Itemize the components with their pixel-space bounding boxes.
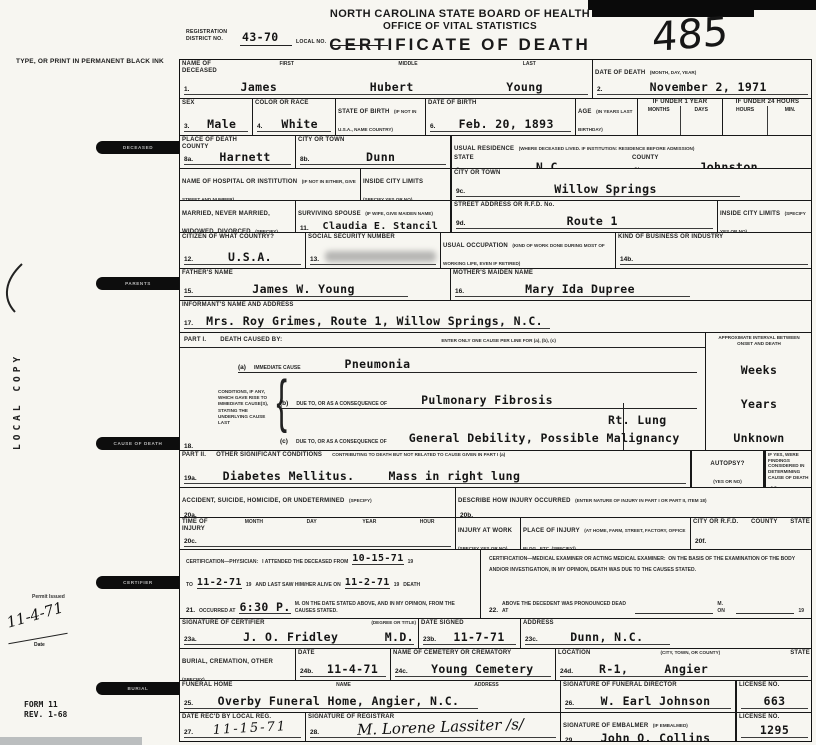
cause-c-value: General Debility, Possible Malignancy (409, 433, 680, 445)
cert-yr2: 19 (246, 582, 252, 589)
col-min: MIN. (767, 106, 812, 135)
field-certification-physician: CERTIFICATION—PHYSICIAN: I ATTENDED THE … (180, 550, 480, 618)
field-date-of-death: DATE OF DEATH (MONTH, DAY, YEAR) 2.Novem… (592, 60, 812, 98)
label-immediate-cause: IMMEDIATE CAUSE (254, 365, 301, 371)
certifier-degree-value: M.D. (385, 632, 414, 644)
col-county: COUNTY (751, 519, 778, 526)
field-date-signed: DATE SIGNED 23b.11-7-71 (418, 619, 520, 648)
label-cemetery: NAME OF CEMETERY OR CREMATORY (393, 650, 553, 657)
burial-date-value: 11-4-71 (319, 664, 386, 676)
attended-from-value: 10-15-71 (352, 554, 403, 565)
stray-pen-mark (0, 262, 26, 314)
col-year: YEAR (344, 519, 396, 533)
field-if-under-1-year: IF UNDER 1 YEAR MONTHS DAYS (637, 99, 722, 135)
field-hospital: NAME OF HOSPITAL OR INSTITUTION (IF NOT … (180, 169, 360, 200)
row-certification: CERTIFICATION—PHYSICIAN: I ATTENDED THE … (180, 549, 812, 618)
cause-line-c: (c) DUE TO, OR AS A CONSEQUENCE OF Gener… (280, 433, 697, 446)
file-number-handwritten: 485 (652, 9, 729, 62)
row-marital: MARRIED, NEVER MARRIED, WIDOWED, DIVORCE… (180, 200, 812, 232)
row-injury-manner: ACCIDENT, SUICIDE, HOMICIDE, OR UNDETERM… (180, 487, 812, 517)
item-number-26: 26. (565, 700, 574, 707)
cause-annotation-rt-lung: Rt. Lung (608, 415, 667, 427)
registration-district-value: 43-70 (242, 32, 279, 44)
field-embalmer-signature: SIGNATURE OF EMBALMER (IF EMBALMED) 29.J… (560, 713, 735, 741)
item-number-9d: 9d. (456, 220, 465, 227)
part2-value-b: Mass in right lung (388, 471, 520, 483)
margin-type-note: TYPE, OR PRINT IN PERMANENT BLACK INK (16, 58, 164, 66)
sublabel-degree-title: (DEGREE OR TITLE) (371, 620, 416, 627)
col-day: DAY (286, 519, 338, 533)
header-office: OFFICE OF VITAL STATISTICS (295, 21, 625, 32)
cause-of-death-block: PART I. DEATH CAUSED BY: ENTER ONLY ONE … (180, 332, 812, 450)
death-time-value: 6:30 P. (239, 602, 290, 615)
item-number-12: 12. (184, 256, 193, 263)
field-occupation: USUAL OCCUPATION (KIND OF WORK DONE DURI… (440, 233, 615, 268)
field-marital-status: MARRIED, NEVER MARRIED, WIDOWED, DIVORCE… (180, 201, 295, 232)
margin-tab-cause: CAUSE OF DEATH (96, 437, 180, 450)
cause-line-a: (a) IMMEDIATE CAUSE Pneumonia (238, 359, 697, 373)
label-due-to-c: DUE TO, OR AS A CONSEQUENCE OF (296, 439, 387, 445)
attended-to-value: 11-2-71 (197, 578, 242, 589)
cert-yr1: 19 (408, 559, 414, 566)
label-hospital: NAME OF HOSPITAL OR INSTITUTION (182, 179, 297, 185)
item-number-23c: 23c. (525, 636, 538, 643)
funeral-director-value: W. Earl Johnson (580, 696, 731, 708)
sublabel-manner: (SPECIFY) (349, 498, 372, 503)
field-embalmer-license: LICENSE NO. 1295 (735, 713, 812, 741)
field-other-significant-conditions: PART II. OTHER SIGNIFICANT CONDITIONS CO… (180, 451, 690, 487)
field-if-under-24-hours: IF UNDER 24 HOURS HOURS MIN. (722, 99, 812, 135)
field-mother-name: MOTHER'S MAIDEN NAME 16.Mary Ida Dupree (450, 269, 812, 300)
field-cemetery-location: LOCATION (CITY, TOWN, OR COUNTY) STATE 2… (555, 649, 812, 680)
field-industry: KIND OF BUSINESS OR INDUSTRY 14b. (615, 233, 812, 268)
col-state: STATE (790, 519, 810, 526)
pod-city-value: Dunn (315, 152, 446, 164)
col-hours: HOURS (723, 106, 767, 135)
label-occupation: USUAL OCCUPATION (443, 243, 508, 249)
funeral-home-value: Overby Funeral Home, Angier, N.C. (199, 696, 478, 708)
sublabel-spouse: (IF WIFE, GIVE MAIDEN NAME) (365, 211, 433, 216)
pronounced-date-blank (736, 605, 795, 614)
field-sex: SEX 3.Male (180, 99, 252, 135)
label-informant: INFORMANT'S NAME AND ADDRESS (182, 302, 810, 309)
date-received-value: 11-15-71 (199, 718, 302, 738)
label-embalmer: SIGNATURE OF EMBALMER (563, 723, 648, 729)
field-injury-at-work: INJURY AT WORK (SPECIFY YES OR NO) 20d. (455, 518, 520, 549)
row-certifier-signature: SIGNATURE OF CERTIFIER(DEGREE OR TITLE) … (180, 618, 812, 648)
cause-c-letter: (c) (280, 438, 288, 445)
field-inside-city-limits-res: INSIDE CITY LIMITS (SPECIFY YES OR NO) 9… (717, 201, 812, 232)
colhead-fh-address: ADDRESS (415, 682, 558, 689)
cause-b-value: Pulmonary Fibrosis (421, 395, 553, 407)
label-time-of-injury: TIME OF INJURY (182, 519, 222, 533)
item-number-24c: 24c. (395, 668, 408, 675)
label-date-of-birth: DATE OF BIRTH (428, 100, 573, 107)
label-ssn: SOCIAL SECURITY NUMBER (308, 234, 438, 241)
item-number-1: 1. (184, 86, 189, 93)
row-registrar: DATE REC'D BY LOCAL REG. 27.11-15-71 SIG… (180, 712, 812, 742)
field-fd-license: LICENSE NO. 663 (735, 681, 812, 712)
col-days: DAYS (680, 106, 723, 135)
item-number-24d: 24d. (560, 668, 573, 675)
cert-phys-t6: M. ON THE DATE STATED ABOVE, AND IN MY O… (295, 601, 474, 614)
registration-underline (240, 45, 292, 46)
margin-date-label: Date (34, 642, 45, 648)
row-injury-details: TIME OF INJURY MONTH DAY YEAR HOUR 20c. … (180, 517, 812, 549)
colhead-first: FIRST (226, 61, 347, 75)
field-certification-medical-examiner: CERTIFICATION—MEDICAL EXAMINER OR ACTING… (480, 550, 812, 618)
field-name-of-deceased: NAME OF DECEASED FIRST MIDDLE LAST 1. Ja… (180, 60, 592, 98)
name-first-value: James (195, 82, 322, 94)
cert-me-t3: M. ON (717, 601, 731, 614)
label-under-24-hours: IF UNDER 24 HOURS (723, 99, 812, 106)
field-age: AGE (IN YEARS LAST BIRTHDAY) 7.78 (575, 99, 637, 135)
item-number-20c: 20c. (184, 538, 197, 545)
cause-a-value: Pneumonia (345, 359, 411, 371)
header-place-of-death: PLACE OF DEATH (182, 137, 293, 144)
field-certifier-address: ADDRESS 23c.Dunn, N.C. (520, 619, 812, 648)
label-sex: SEX (182, 100, 250, 107)
note-other-conditions: CONTRIBUTING TO DEATH BUT NOT RELATED TO… (332, 452, 505, 457)
sublabel-date-of-death: (MONTH, DAY, YEAR) (650, 70, 696, 75)
label-street-address: STREET ADDRESS OR R.F.D. No. (454, 202, 715, 209)
date-of-death-value: November 2, 1971 (608, 82, 808, 94)
pod-county-value: Harnett (199, 152, 291, 164)
field-citizen: CITIZEN OF WHAT COUNTRY? 12.U.S.A. (180, 233, 305, 268)
row-place-of-death: PLACE OF DEATH COUNTY 8a.Harnett CITY OR… (180, 135, 812, 168)
label-inside-city-death: INSIDE CITY LIMITS (363, 179, 423, 185)
interval-a-value: Weeks (706, 365, 812, 377)
interval-c-value: Unknown (706, 433, 812, 445)
field-usual-residence: USUAL RESIDENCE (WHERE DECEASED LIVED. I… (450, 136, 812, 168)
label-funeral-director: SIGNATURE OF FUNERAL DIRECTOR (563, 682, 733, 689)
label-injury-at-work: INJURY AT WORK (458, 528, 512, 534)
field-certifier-signature: SIGNATURE OF CERTIFIER(DEGREE OR TITLE) … (180, 619, 418, 648)
spouse-value: Claudia E. Stancil (315, 222, 446, 232)
location-value-b: Angier (664, 664, 708, 676)
local-no-underline (330, 45, 388, 46)
form-number: FORM 11 REV. 1-68 (24, 700, 67, 721)
label-state-of-birth: STATE OF BIRTH (338, 109, 390, 115)
item-number-4: 4. (257, 123, 262, 130)
item-number-23a: 23a. (184, 636, 197, 643)
certifier-address-value: Dunn, N.C. (544, 632, 670, 644)
embalmer-value: John O. Collins (580, 733, 731, 742)
label-part2: PART II. (182, 452, 206, 459)
field-ssn: SOCIAL SECURITY NUMBER 13. (305, 233, 440, 268)
row-informant: INFORMANT'S NAME AND ADDRESS 17.Mrs. Roy… (180, 300, 812, 332)
field-registrar-signature: SIGNATURE OF REGISTRAR 28.M. Lorene Lass… (305, 713, 560, 741)
label-cert-physician: CERTIFICATION—PHYSICIAN: (186, 559, 258, 566)
item-number-8b: 8b. (300, 156, 309, 163)
header-board: NORTH CAROLINA STATE BOARD OF HEALTH (295, 8, 625, 20)
label-how-injury: DESCRIBE HOW INJURY OCCURRED (458, 498, 571, 504)
item-number-3: 3. (184, 123, 189, 130)
label-under-1-year: IF UNDER 1 YEAR (638, 99, 722, 106)
conditions-note: CONDITIONS, IF ANY, WHICH GAVE RISE TO I… (218, 389, 272, 426)
sublabel-how-injury: (ENTER NATURE OF INJURY IN PART I OR PAR… (575, 498, 706, 503)
colhead-fh-name: NAME (272, 682, 415, 689)
row-sex-race-birth: SEX 3.Male COLOR OR RACE 4.White STATE O… (180, 98, 812, 135)
col-hour: HOUR (401, 519, 453, 533)
street-address-value: Route 1 (471, 216, 713, 228)
item-number-9c: 9c. (456, 188, 465, 195)
ssn-redacted-blur (325, 251, 436, 262)
sublabel-location: (CITY, TOWN, OR COUNTY) (661, 650, 721, 657)
sex-value: Male (195, 119, 248, 131)
label-mother: MOTHER'S MAIDEN NAME (453, 270, 810, 277)
label-registration-district: REGISTRATION DISTRICT NO. (186, 29, 240, 42)
field-date-of-birth: DATE OF BIRTH 6.Feb. 20, 1893 (425, 99, 575, 135)
margin-permit-date: 11-4-71 (5, 598, 66, 631)
cause-line-b: (b) DUE TO, OR AS A CONSEQUENCE OF Pulmo… (280, 395, 697, 409)
res-city-value: Willow Springs (471, 184, 740, 196)
label-fd-license: LICENSE NO. (739, 682, 810, 689)
field-state-of-birth: STATE OF BIRTH (IF NOT IN U.S.A., NAME C… (335, 99, 425, 135)
margin-tab-parents: PARENTS (96, 277, 180, 290)
item-number-19a: 19a. (184, 475, 197, 482)
field-father-name: FATHER'S NAME 15.James W. Young (180, 269, 450, 300)
cert-phys-t1: I ATTENDED THE DECEASED FROM (262, 559, 348, 566)
field-date-received: DATE REC'D BY LOCAL REG. 27.11-15-71 (180, 713, 305, 741)
scan-artifact-strip (0, 737, 142, 745)
item-number-25: 25. (184, 700, 193, 707)
name-middle-value: Hubert (328, 82, 455, 94)
citizen-value: U.S.A. (199, 252, 301, 264)
field-funeral-director-signature: SIGNATURE OF FUNERAL DIRECTOR 26.W. Earl… (560, 681, 735, 712)
father-value: James W. Young (199, 284, 408, 296)
local-copy-stamp: LOCAL COPY (12, 318, 23, 450)
field-surviving-spouse: SURVIVING SPOUSE (IF WIFE, GIVE MAIDEN N… (295, 201, 450, 232)
item-number-6: 6. (430, 123, 435, 130)
cemetery-value: Young Cemetery (414, 664, 551, 676)
row-hospital: NAME OF HOSPITAL OR INSTITUTION (IF NOT … (180, 168, 812, 200)
label-pod-city: CITY OR TOWN (298, 137, 448, 144)
col-location-state: STATE (790, 650, 810, 657)
form-no-line1: FORM 11 (24, 700, 67, 710)
item-number-14b: 14b. (620, 256, 633, 263)
label-res-city: CITY OR TOWN (454, 170, 810, 177)
cause-b-letter: (b) (280, 400, 288, 407)
field-cemetery: NAME OF CEMETERY OR CREMATORY 24c.Young … (390, 649, 555, 680)
field-funeral-home: FUNERAL HOME NAME ADDRESS 25.Overby Fune… (180, 681, 560, 712)
margin-tab-certifier: CERTIFIER (96, 576, 180, 589)
interval-b-value: Years (706, 399, 812, 411)
label-death-caused-by: DEATH CAUSED BY: (220, 337, 282, 344)
label-father: FATHER'S NAME (182, 270, 448, 277)
item-number-11: 11. (300, 225, 309, 232)
cert-phys-t5: OCCURRED AT (199, 608, 235, 615)
sublabel-embalmer: (IF EMBALMED) (653, 723, 688, 728)
interval-column: APPROXIMATE INTERVAL BETWEEN ONSET AND D… (705, 333, 812, 450)
label-industry: KIND OF BUSINESS OR INDUSTRY (618, 234, 810, 241)
cause-a-letter: (a) (238, 364, 246, 371)
pronounced-time-blank (635, 605, 713, 614)
item-number-27: 27. (184, 729, 193, 736)
field-res-city: CITY OR TOWN 9c.Willow Springs (450, 169, 812, 200)
form-no-line2: REV. 1-68 (24, 710, 67, 720)
label-spouse: SURVIVING SPOUSE (298, 211, 361, 217)
field-informant: INFORMANT'S NAME AND ADDRESS 17.Mrs. Roy… (180, 301, 812, 332)
field-place-of-injury: PLACE OF INJURY (AT HOME, FARM, STREET, … (520, 518, 690, 549)
field-autopsy-findings: IF YES, WERE FINDINGS CONSIDERED IN DETE… (765, 451, 812, 487)
label-date-signed: DATE SIGNED (421, 620, 518, 627)
label-embalmer-license: LICENSE NO. (739, 714, 810, 721)
part2-value-a: Diabetes Mellitus. (223, 471, 355, 483)
item-number-23b: 23b. (423, 636, 436, 643)
row-burial: BURIAL, CREMATION, OTHER (SPECIFY) 24a.B… (180, 648, 812, 680)
cert-phys-t3: AND LAST SAW HIM/HER ALIVE ON (255, 582, 340, 589)
item-number-24b: 24b. (300, 668, 313, 675)
label-address: ADDRESS (523, 620, 810, 627)
label-citizen: CITIZEN OF WHAT COUNTRY? (182, 234, 303, 241)
last-alive-value: 11-2-71 (345, 578, 390, 589)
label-manner: ACCIDENT, SUICIDE, HOMICIDE, OR UNDETERM… (182, 498, 344, 504)
margin-tab-deceased: DECEASED (96, 141, 180, 154)
row-funeral-home: FUNERAL HOME NAME ADDRESS 25.Overby Fune… (180, 680, 812, 712)
certifier-name-value: J. O. Fridley (203, 632, 379, 644)
label-autopsy: AUTOPSY? (710, 461, 744, 467)
label-findings: IF YES, WERE FINDINGS CONSIDERED IN DETE… (768, 452, 810, 481)
label-funeral-home: FUNERAL HOME (182, 682, 272, 689)
note-one-cause-per-line: ENTER ONLY ONE CAUSE PER LINE FOR (a), (… (441, 338, 556, 343)
col-months: MONTHS (638, 106, 680, 135)
label-due-to-b: DUE TO, OR AS A CONSEQUENCE OF (296, 401, 387, 407)
cert-yr3: 19 (394, 582, 400, 589)
field-how-injury-occurred: DESCRIBE HOW INJURY OCCURRED (ENTER NATU… (455, 488, 812, 517)
embalmer-license-value: 1295 (741, 725, 808, 737)
date-signed-value: 11-7-71 (442, 632, 516, 644)
item-number-28: 28. (310, 729, 319, 736)
field-street-address: STREET ADDRESS OR R.F.D. No. 9d.Route 1 (450, 201, 717, 232)
item-number-22: 22. (489, 607, 498, 614)
sublabel-autopsy: (YES OR NO) (713, 479, 742, 484)
cert-me-t4: 19 (798, 608, 804, 615)
cert-me-t2: ABOVE THE DECEDENT WAS PRONOUNCED DEAD A… (502, 601, 631, 614)
label-interval-header: APPROXIMATE INTERVAL BETWEEN ONSET AND D… (706, 333, 812, 349)
label-color-or-race: COLOR OR RACE (255, 100, 333, 107)
fd-license-value: 663 (741, 696, 808, 708)
field-injury-location: CITY OR R.F.D. COUNTY STATE 20f. (690, 518, 812, 549)
field-place-of-death-city: CITY OR TOWN 8b.Dunn (295, 136, 450, 168)
label-other-conditions: OTHER SIGNIFICANT CONDITIONS (216, 452, 322, 459)
label-age: AGE (578, 109, 592, 115)
item-number-29: 29. (565, 737, 574, 741)
item-number-13: 13. (310, 256, 319, 263)
name-last-value: Young (461, 82, 588, 94)
field-place-of-death-county: PLACE OF DEATH COUNTY 8a.Harnett (180, 136, 295, 168)
field-autopsy: AUTOPSY?(YES OR NO) 19b.No (690, 451, 765, 487)
label-cert-me: CERTIFICATION—MEDICAL EXAMINER OR ACTING… (489, 556, 665, 562)
row-name: NAME OF DECEASED FIRST MIDDLE LAST 1. Ja… (180, 60, 812, 98)
label-name-of-deceased: NAME OF DECEASED (182, 61, 226, 75)
margin-tab-burial: BURIAL (96, 682, 180, 695)
cert-phys-t4: DEATH (403, 582, 420, 589)
col-city-rfd: CITY OR R.F.D. (693, 519, 738, 526)
item-number-17: 17. (184, 320, 193, 327)
item-number-20f: 20f. (695, 538, 706, 545)
subheader-usual-residence: (WHERE DECEASED LIVED. IF INSTITUTION: R… (519, 146, 695, 151)
field-manner: ACCIDENT, SUICIDE, HOMICIDE, OR UNDETERM… (180, 488, 455, 517)
informant-value: Mrs. Roy Grimes, Route 1, Willow Springs… (199, 316, 550, 328)
item-number-2: 2. (597, 86, 602, 93)
field-burial-date: DATE 24b.11-4-71 (295, 649, 390, 680)
label-part1: PART I. (184, 337, 206, 344)
label-date-of-death: DATE OF DEATH (595, 70, 645, 76)
cert-phys-t2: TO (186, 582, 193, 589)
item-number-21: 21. (186, 607, 195, 614)
death-certificate-scan: 485 NORTH CAROLINA STATE BOARD OF HEALTH… (0, 0, 816, 745)
label-burial-date: DATE (298, 650, 388, 657)
label-location: LOCATION (558, 650, 591, 657)
item-number-16: 16. (455, 288, 464, 295)
label-signature-certifier: SIGNATURE OF CERTIFIER (182, 620, 265, 627)
field-burial: BURIAL, CREMATION, OTHER (SPECIFY) 24a.B… (180, 649, 295, 680)
location-value-a: R-1, (599, 664, 628, 676)
field-inside-city-limits-death: INSIDE CITY LIMITS (SPECIFY YES OR NO) 8… (360, 169, 450, 200)
colhead-middle: MIDDLE (347, 61, 468, 75)
row-citizen-ssn: CITIZEN OF WHAT COUNTRY? 12.U.S.A. SOCIA… (180, 232, 812, 268)
date-of-birth-value: Feb. 20, 1893 (441, 119, 571, 131)
label-local-no: LOCAL NO. (296, 39, 326, 46)
race-value: White (268, 119, 331, 131)
item-number-8a: 8a. (184, 156, 193, 163)
mother-value: Mary Ida Dupree (470, 284, 690, 296)
label-place-of-injury: PLACE OF INJURY (523, 528, 580, 534)
field-time-of-injury: TIME OF INJURY MONTH DAY YEAR HOUR 20c. (180, 518, 455, 549)
item-number-15: 15. (184, 288, 193, 295)
row-part2: PART II. OTHER SIGNIFICANT CONDITIONS CO… (180, 450, 812, 487)
header-usual-residence: USUAL RESIDENCE (454, 146, 514, 152)
field-color-or-race: COLOR OR RACE 4.White (252, 99, 335, 135)
row-parents: FATHER'S NAME 15.James W. Young MOTHER'S… (180, 268, 812, 300)
colhead-last: LAST (469, 61, 590, 75)
label-burial: BURIAL, CREMATION, OTHER (182, 659, 273, 665)
label-inside-city-res: INSIDE CITY LIMITS (720, 211, 780, 217)
col-month: MONTH (228, 519, 280, 533)
